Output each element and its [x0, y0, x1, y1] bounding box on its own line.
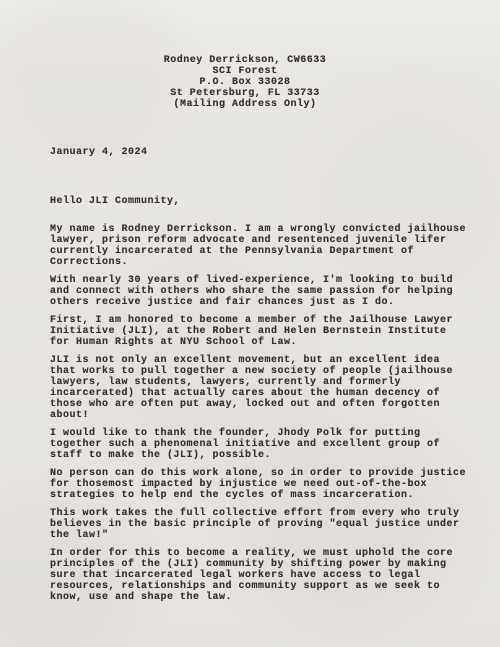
- letter-paragraph: First, I am honored to become a member o…: [50, 315, 478, 348]
- letter-salutation: Hello JLI Community,: [50, 196, 180, 207]
- letter-paragraph: No person can do this work alone, so in …: [50, 468, 478, 501]
- letter-date: January 4, 2024: [50, 147, 148, 158]
- letter-paragraph: JLI is not only an excellent movement, b…: [50, 355, 478, 421]
- letter-paragraph: This work takes the full collective effo…: [50, 508, 478, 541]
- letter-paragraph: In order for this to become a reality, w…: [50, 548, 478, 603]
- letter-paragraph: My name is Rodney Derrickson. I am a wro…: [50, 224, 478, 268]
- sender-address-block: Rodney Derrickson, CW6633 SCI Forest P.O…: [0, 55, 490, 110]
- letter-paragraph: With nearly 30 years of lived-experience…: [50, 275, 478, 308]
- letter-paragraph: I would like to thank the founder, Jhody…: [50, 428, 478, 461]
- letter-body: My name is Rodney Derrickson. I am a wro…: [50, 224, 478, 610]
- letter-page: Rodney Derrickson, CW6633 SCI Forest P.O…: [0, 0, 500, 647]
